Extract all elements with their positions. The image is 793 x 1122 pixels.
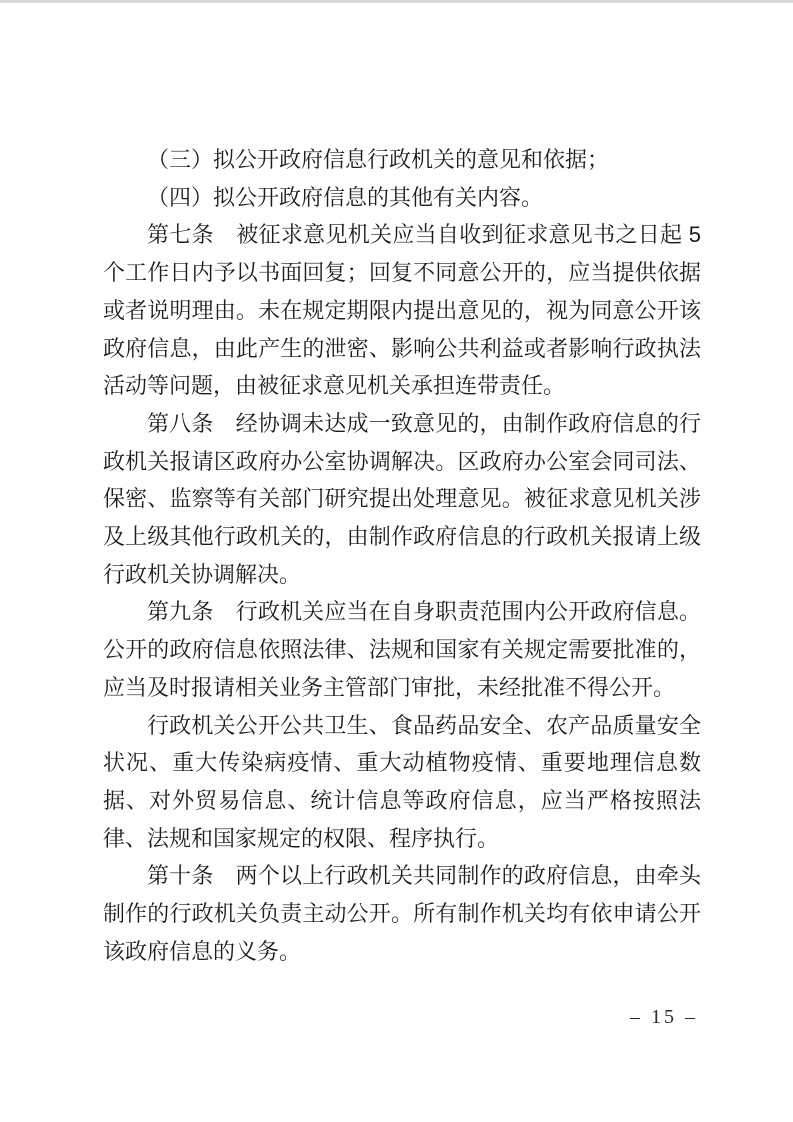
article-7-paragraph: 第七条 被征求意见机关应当自收到征求意见书之日起 5 个工作日内予以书面回复；回… (103, 216, 701, 405)
list-item-4: （四）拟公开政府信息的其他有关内容。 (103, 179, 701, 217)
list-item-3: （三）拟公开政府信息行政机关的意见和依据； (103, 141, 701, 179)
scan-edge-artifact (0, 0, 793, 3)
page-footer: – 15 – (0, 1006, 793, 1036)
document-page: （三）拟公开政府信息行政机关的意见和依据； （四）拟公开政府信息的其他有关内容。… (0, 0, 793, 1122)
article-9-continuation-paragraph: 行政机关公开公共卫生、食品药品安全、农产品质量安全状况、重大传染病疫情、重大动植… (103, 707, 701, 858)
article-8-paragraph: 第八条 经协调未达成一致意见的，由制作政府信息的行政机关报请区政府办公室协调解决… (103, 405, 701, 594)
page-number: – 15 – (630, 1006, 698, 1029)
article-9-paragraph: 第九条 行政机关应当在自身职责范围内公开政府信息。公开的政府信息依照法律、法规和… (103, 593, 701, 706)
document-body: （三）拟公开政府信息行政机关的意见和依据； （四）拟公开政府信息的其他有关内容。… (103, 141, 701, 970)
article-10-paragraph: 第十条 两个以上行政机关共同制作的政府信息，由牵头制作的行政机关负责主动公开。所… (103, 857, 701, 970)
